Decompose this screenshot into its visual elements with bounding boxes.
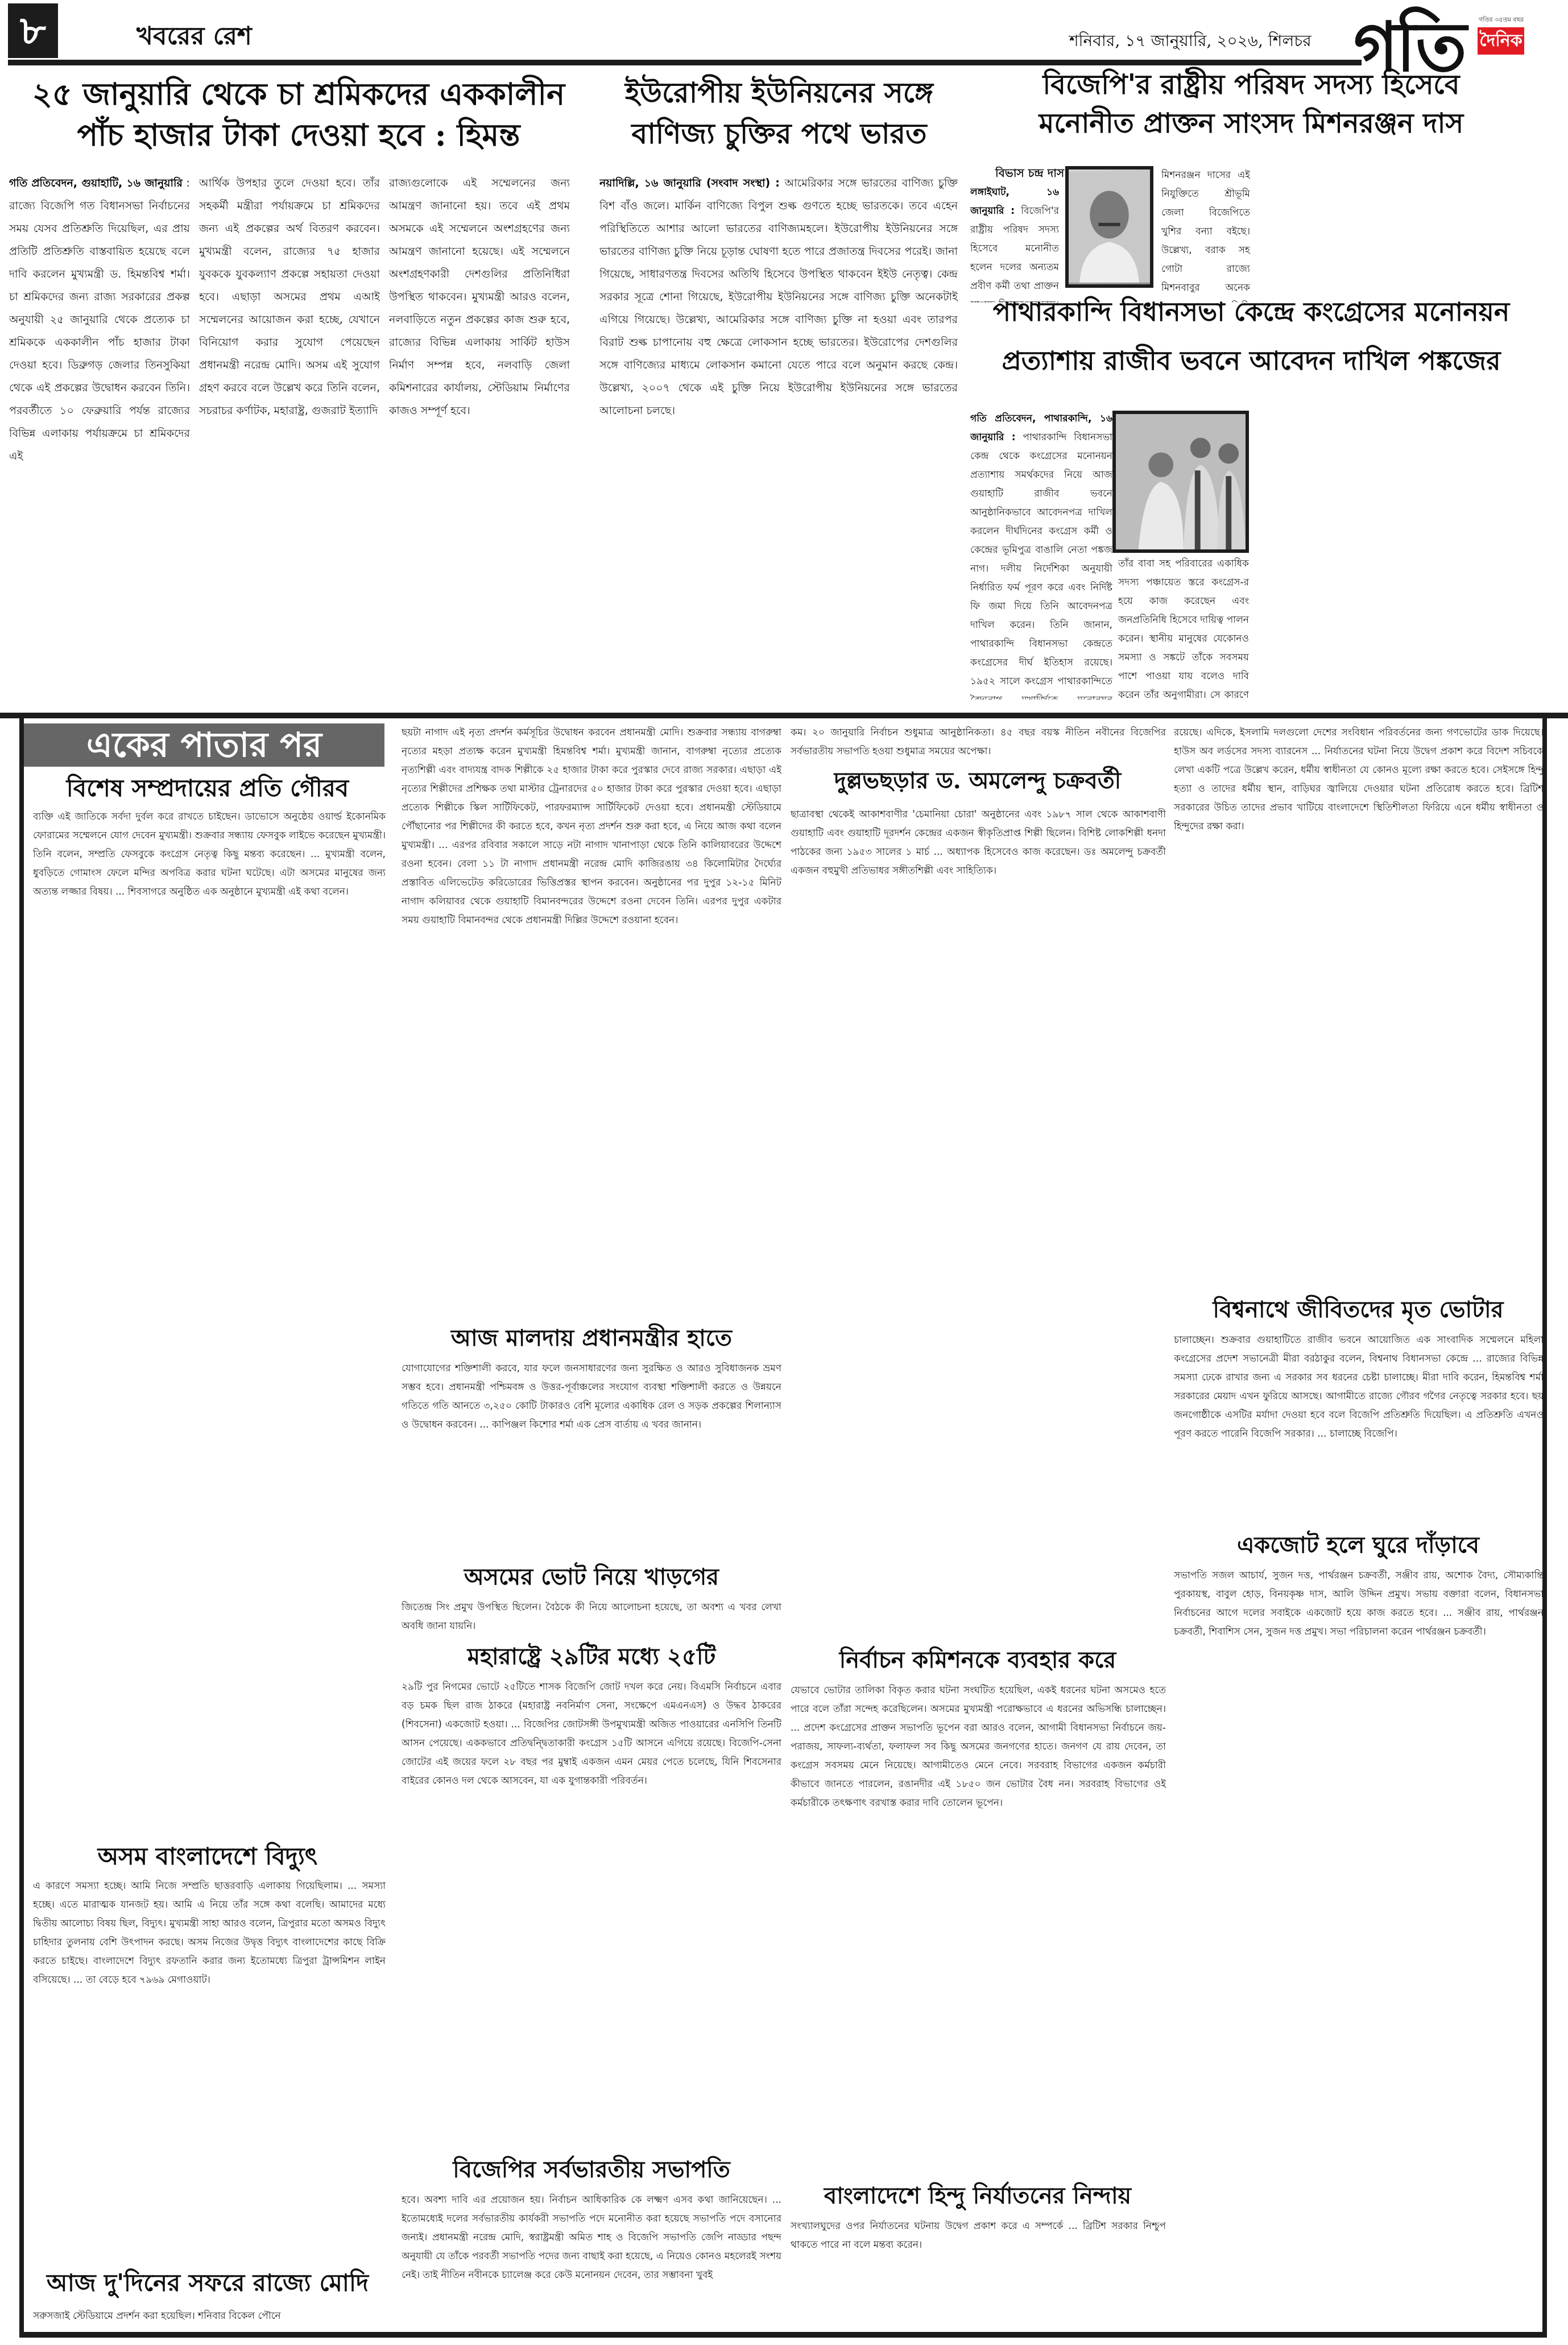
election-commission-body: যেভাবে ভোটার তালিকা বিকৃত করার ঘটনা সংঘট… [791, 1681, 1166, 2170]
kharge-body: জিতেন্দ্র সিং প্রমুখ উপস্থিত ছিলেন। বৈঠক… [402, 1598, 781, 1638]
mission-byline: বিভাস চন্দ্র দাস [995, 165, 1064, 184]
bishwanath-text: চালাচ্ছেন। শুক্রবার গুয়াহাটিতে রাজীব ভব… [1174, 1334, 1544, 1440]
headline-eu-trade-1: ইউরোপীয় ইউনিয়নের সঙ্গে [591, 76, 967, 109]
patharkandi-col-1: গতি প্রতিবেদন, পাথারকান্দি, ১৬ জানুয়ারি… [970, 410, 1112, 700]
bangladesh-lead-text: রয়েছে। এদিকে, ইসলামি দলগুলো দেশের সংবিধ… [1174, 727, 1544, 832]
headline-mission-1: বিজেপি'র রাষ্ট্রীয় পরিষদ সদস্য হিসেবে [967, 69, 1536, 101]
bishwanath-body: চালাচ্ছেন। শুক্রবার গুয়াহাটিতে রাজীব ভব… [1174, 1331, 1544, 1536]
eu-body-text: আমেরিকার সঙ্গে ভারতের বাণিজ্য চুক্তি বিশ… [599, 177, 958, 417]
header-rule [8, 60, 1362, 65]
continued-body-3: সরুসজাই স্টেডিয়ামে প্রদর্শন করা হয়েছিল… [33, 2307, 386, 2329]
bangladesh-hindu-body: সংখ্যালঘুদের ওপর নির্যাতনের ঘটনায় উদ্বে… [791, 2217, 1166, 2328]
photo-mission-ranjan-das [1065, 166, 1153, 288]
headline-maharashtra: মহারাষ্ট্রে ২৯টির মধ্যে ২৫টি [398, 1644, 785, 1670]
malda-text: যোগাযোগের শক্তিশালী করবে, যার ফলে জনসাধা… [402, 1363, 781, 1430]
patharkandi-col-2: তাঁর বাবা সহ পরিবারের একাধিক সদস্য পঞ্চা… [1118, 555, 1249, 700]
amalendu-body: ছাত্রাবস্থা থেকেই আকাশবাণীর 'চেমানিয়া চ… [791, 805, 1166, 1636]
group-photo-icon [1116, 414, 1246, 549]
bjp-president-body: হবে। অবশ্য দাবি এর প্রয়োজন হয়। নির্বাচ… [402, 2191, 781, 2327]
tea-col1-text: : রাজ্যে বিজেপি গত বিধানসভা নির্বাচনের স… [9, 177, 190, 462]
bjp-president-text: হবে। অবশ্য দাবি এর প্রয়োজন হয়। নির্বাচ… [402, 2194, 781, 2281]
date-place: শনিবার, ১৭ জানুয়ারি, ২০২৬, শিলচর [1069, 28, 1312, 55]
headline-bangladesh-hindu: বাংলাদেশে হিন্দু নির্যাতনের নিন্দায় [787, 2183, 1168, 2209]
bangladesh-lead-body: রয়েছে। এদিকে, ইসলামি দলগুলো দেশের সংবিধ… [1174, 723, 1544, 1321]
headline-amalendu: দুল্লভছড়ার ড. অমলেন্দু চক্রবর্তী [787, 768, 1168, 794]
headline-malda: আজ মালদায় প্রধানমন্ত্রীর হাতে [398, 1325, 785, 1351]
modi-continued-text: ছয়টা নাগাদ এই নৃত্য প্রদর্শন কর্মসূচির … [402, 727, 781, 926]
continued-text-3: সরুসজাই স্টেডিয়ামে প্রদর্শন করা হয়েছিল… [33, 2310, 281, 2322]
headline-continued-3: আজ দু'দিনের সফরে রাজ্যে মোদি [28, 2269, 387, 2297]
eu-dateline: নয়াদিল্লি, ১৬ জানুয়ারি (সংবাদ সংস্থা) … [599, 177, 780, 189]
bjp-lead-text-span: কম। ২০ জানুয়ারি নির্বাচন শুধুমাত্র আনুষ… [791, 727, 1166, 757]
headline-continued-2: অসম বাংলাদেশে বিদ্যুৎ [28, 1843, 387, 1870]
portrait-icon [1069, 169, 1150, 284]
headline-continued-1: বিশেষ সম্প্রদায়ের প্রতি গৌরব [28, 775, 387, 802]
malda-body: যোগাযোগের শক্তিশালী করবে, যার ফলে জনসাধা… [402, 1359, 781, 1558]
tea-col3-text: রাজ্যগুলোকে এই সম্মেলনের জন্য আমন্ত্রণ জ… [389, 177, 570, 417]
kharge-text: জিতেন্দ্র সিং প্রমুখ উপস্থিত ছিলেন। বৈঠক… [402, 1602, 781, 1632]
bottom-rule [19, 2332, 1547, 2338]
headline-ekjot: একজোট হলে ঘুরে দাঁড়াবে [1170, 1532, 1546, 1558]
headline-eu-trade-2: বাণিজ্য চুক্তির পথে ভারত [591, 117, 967, 150]
continued-body-2: এ কারণে সমস্যা হচ্ছে। আমি নিজে সম্প্রতি … [33, 1877, 386, 2252]
page-number: ৮ [8, 3, 58, 58]
maharashtra-text: ২৯টি পুর নিগমের ভোটে ২৫টিতে শাসক বিজেপি … [402, 1681, 781, 1786]
photo-patharkandi-application [1112, 411, 1249, 553]
election-commission-text: যেভাবে ভোটার তালিকা বিকৃত করার ঘটনা সংঘট… [791, 1685, 1166, 1809]
modi-continued-body: ছয়টা নাগাদ এই নৃত্য প্রদর্শন কর্মসূচির … [402, 723, 781, 1133]
eu-body: নয়াদিল্লি, ১৬ জানুয়ারি (সংবাদ সংস্থা) … [599, 172, 958, 698]
headline-patharkandi-2: প্রত্যাশায় রাজীব ভবনে আবেদন দাখিল পঙ্কজ… [967, 346, 1536, 376]
bangladesh-hindu-text: সংখ্যালঘুদের ওপর নির্যাতনের ঘটনায় উদ্বে… [791, 2220, 1166, 2251]
headline-election-commission: নির্বাচন কমিশনকে ব্যবহার করে [787, 1647, 1168, 1673]
tea-col-1: গতি প্রতিবেদন, গুয়াহাটি, ১৬ জানুয়ারি :… [9, 172, 190, 698]
tea-col-3: রাজ্যগুলোকে এই সম্মেলনের জন্য আমন্ত্রণ জ… [389, 172, 570, 698]
headline-patharkandi-1: পাথারকান্দি বিধানসভা কেন্দ্রে কংগ্রেসের … [967, 297, 1536, 327]
continued-banner: একের পাতার পর [24, 723, 384, 767]
continued-body-1: ব্যক্তি এই জাতিকে সর্বদা দুর্বল করে রাখত… [33, 808, 386, 1831]
headline-tea-workers-2: পাঁচ হাজার টাকা দেওয়া হবে : হিমন্ত [6, 117, 591, 152]
headline-bjp-president: বিজেপির সর্বভারতীয় সভাপতি [398, 2157, 785, 2183]
patharkandi-col1-text: পাথারকান্দি বিধানসভা কেন্দ্র থেকে কংগ্রে… [970, 432, 1112, 700]
mission-col2-text: মিশনরঞ্জন দাসের এই নিযুক্তিতে শ্রীভূমি জ… [1161, 169, 1250, 303]
headline-bishwanath: বিশ্বনাথে জীবিতদের মৃত ভোটার [1170, 1297, 1546, 1323]
mission-col-2: মিশনরঞ্জন দাসের এই নিযুক্তিতে শ্রীভূমি জ… [1161, 166, 1250, 303]
right-border [1542, 718, 1547, 2333]
continued-text-2: এ কারণে সমস্যা হচ্ছে। আমি নিজে সম্প্রতি … [33, 1880, 386, 1986]
headline-kharge: অসমের ভোট নিয়ে খাড়গের [398, 1564, 785, 1590]
patharkandi-col2-text: তাঁর বাবা সহ পরিবারের একাধিক সদস্য পঞ্চা… [1118, 558, 1249, 700]
ekjot-body: সভাপতি সজল আচার্য, সুজন দত্ত, পার্থরঞ্জন… [1174, 1566, 1544, 2329]
tea-dateline: গতি প্রতিবেদন, গুয়াহাটি, ১৬ জানুয়ারি [9, 177, 183, 189]
amalendu-text: ছাত্রাবস্থা থেকেই আকাশবাণীর 'চেমানিয়া চ… [791, 809, 1166, 876]
mission-col-1: লঙ্গাইঘাট, ১৬ জানুয়ারি : বিজেপি'র রাষ্ট… [970, 183, 1059, 303]
bjp-lead-text: কম। ২০ জানুয়ারি নির্বাচন শুধুমাত্র আনুষ… [791, 723, 1166, 763]
tea-col-2: আর্থিক উপহার তুলে দেওয়া হবে। তাঁর সহকর্… [199, 172, 380, 698]
maharashtra-body: ২৯টি পুর নিগমের ভোটে ২৫টিতে শাসক বিজেপি … [402, 1678, 781, 2150]
logo-tagline: গতির ৩৫তম বছর [1479, 15, 1524, 26]
mission-col1-text: বিজেপি'র রাষ্ট্রীয় পরিষদ সদস্য হিসেবে ম… [970, 205, 1059, 303]
tea-col2-text: আর্থিক উপহার তুলে দেওয়া হবে। তাঁর সহকর্… [199, 177, 380, 417]
headline-tea-workers-1: ২৫ জানুয়ারি থেকে চা শ্রমিকদের এককালীন [6, 76, 591, 111]
section-title: খবরের রেশ [136, 17, 252, 59]
logo-badge: দৈনিক [1478, 27, 1524, 55]
continued-text-1: ব্যক্তি এই জাতিকে সর্বদা দুর্বল করে রাখত… [33, 811, 386, 898]
headline-mission-2: মনোনীত প্রাক্তন সাংসদ মিশনরঞ্জন দাস [967, 108, 1536, 139]
ekjot-text: সভাপতি সজল আচার্য, সুজন দত্ত, পার্থরঞ্জন… [1174, 1570, 1544, 1637]
